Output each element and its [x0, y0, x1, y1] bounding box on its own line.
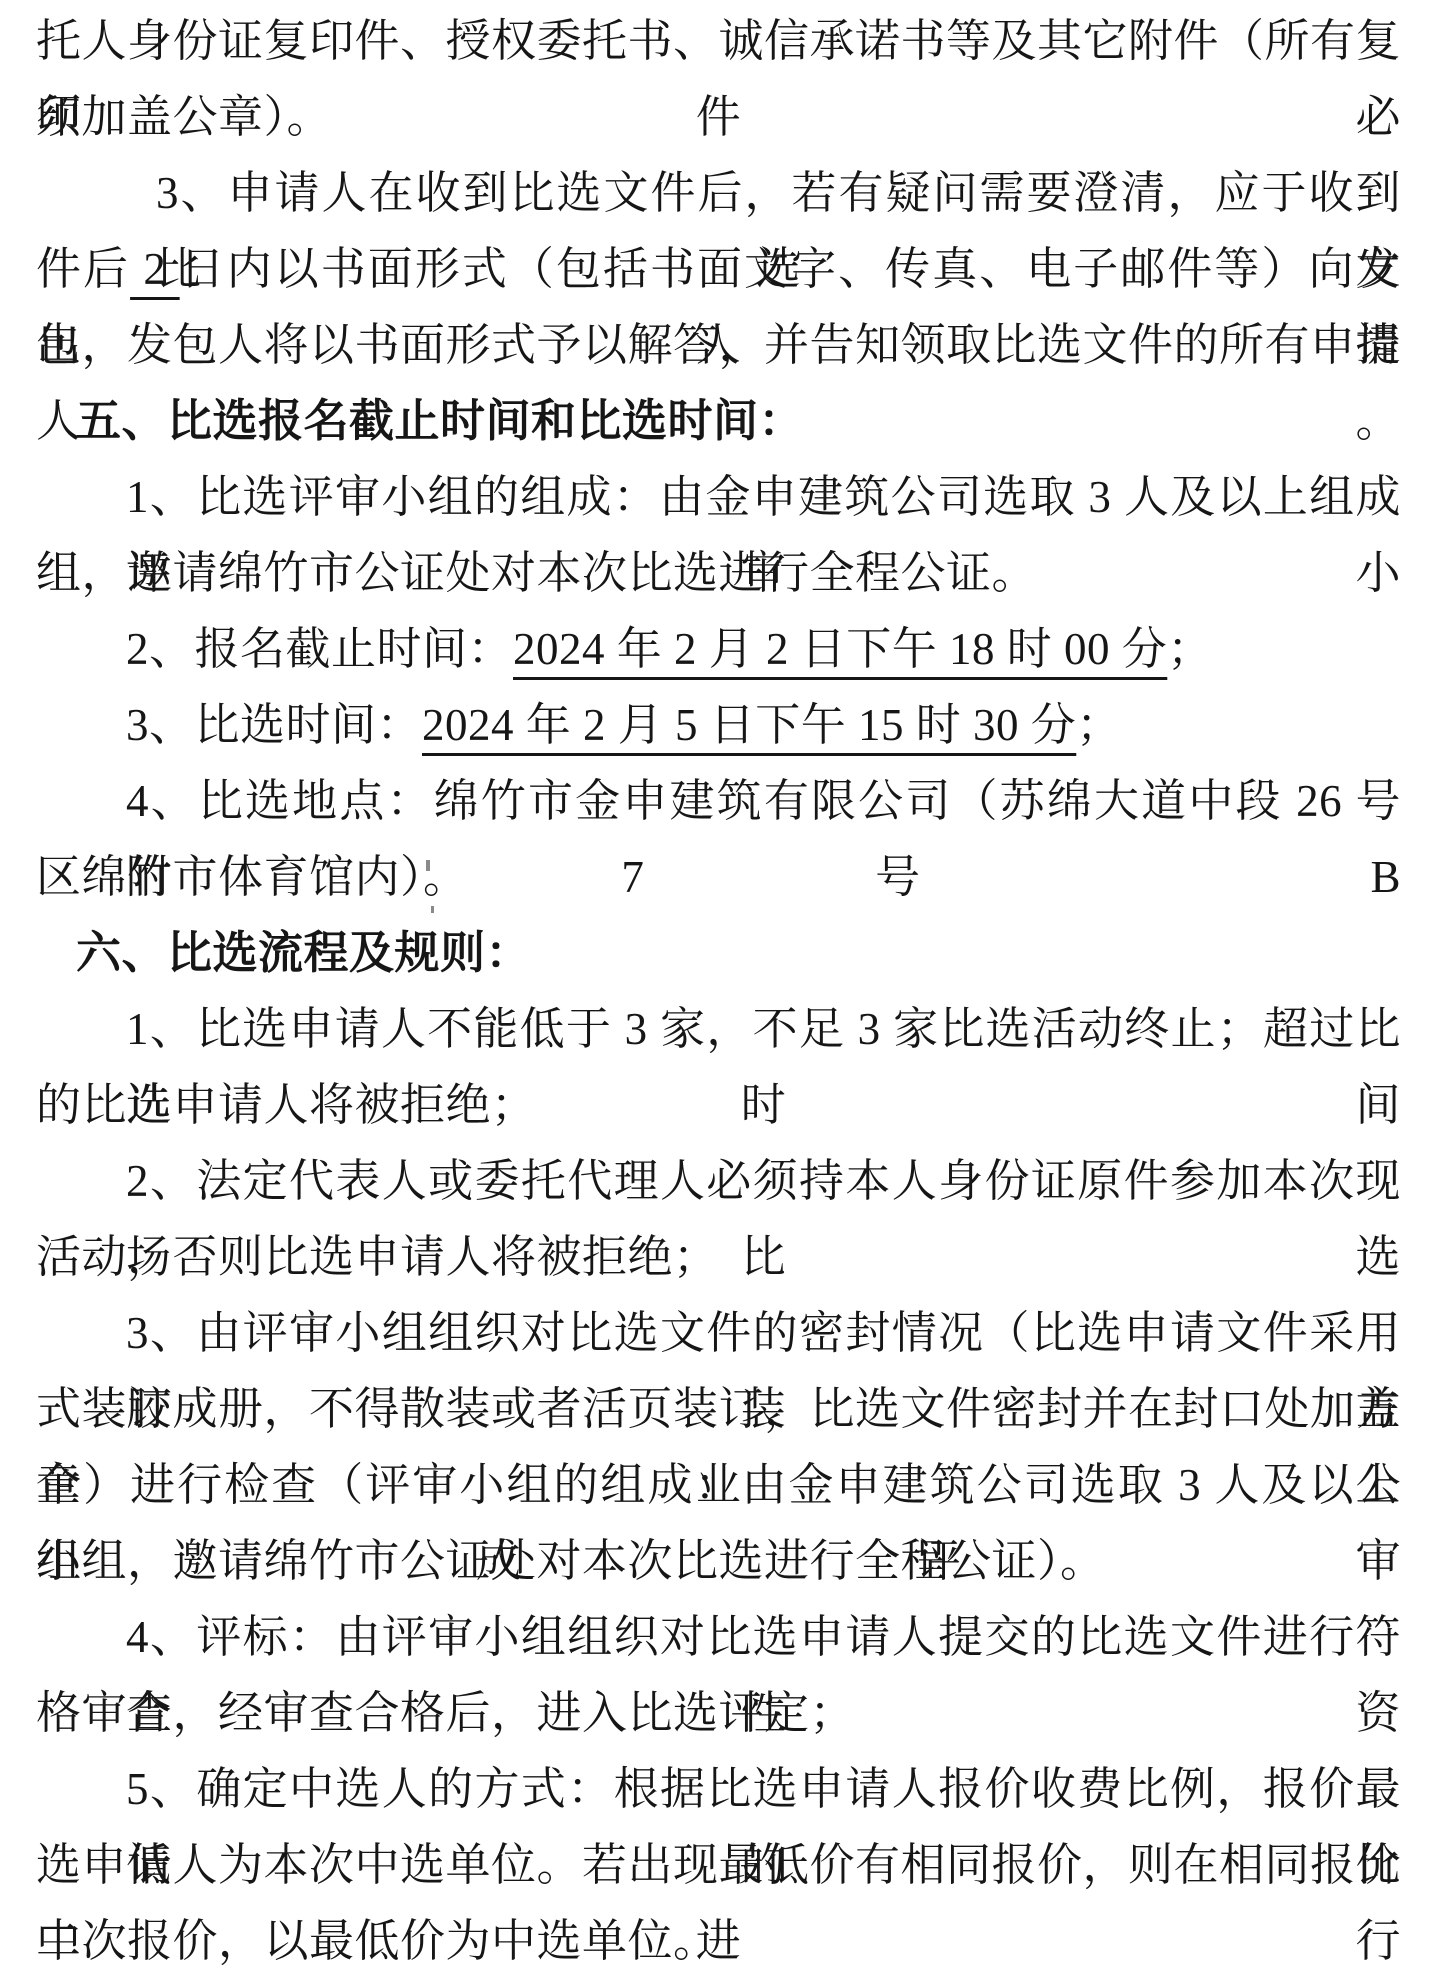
- text-line: 5、确定中选人的方式：根据比选申请人报价收费比例，报价最低的比: [0, 1751, 1435, 1827]
- underlined-value: 2024 年 2 月 2 日下午 18 时 00 分: [513, 624, 1167, 674]
- underlined-value: 2: [130, 244, 180, 294]
- text-segment: 的比选申请人将被拒绝；: [36, 1080, 537, 1130]
- text-line: 4、比选地点：绵竹市金申建筑有限公司（苏绵大道中段 26 号附 7 号 B: [0, 763, 1435, 839]
- text-line: 2、法定代表人或委托代理人必须持本人身份证原件参加本次现场比选: [0, 1143, 1435, 1219]
- text-line: 式装订成册，不得散装或者活页装订，比选文件密封并在封口处加盖企业公: [0, 1371, 1435, 1447]
- text-segment: 2、报名截止时间：: [126, 624, 513, 674]
- text-line: 3、申请人在收到比选文件后，若有疑问需要澄清，应于收到比选文: [0, 155, 1435, 231]
- text-line: 1、比选评审小组的组成：由金申建筑公司选取 3 人及以上组成评审小: [0, 459, 1435, 535]
- text-segment: 格审查，经审查合格后，进入比选评定；: [36, 1688, 855, 1738]
- document-text: 托人身份证复印件、授权委托书、诚信承诺书等及其它附件（所有复印件必须加盖公章）。…: [0, 3, 1435, 1979]
- text-segment: 二次报价，以最低价为中选单位。: [36, 1916, 719, 1966]
- text-segment: 区绵竹市体育馆内）。: [36, 852, 469, 902]
- text-line: 章）进行检查（评审小组的组成：由金申建筑公司选取 3 人及以上组成评审: [0, 1447, 1435, 1523]
- text-line: 托人身份证复印件、授权委托书、诚信承诺书等及其它附件（所有复印件必: [0, 3, 1435, 79]
- text-line: 4、评标：由评审小组组织对比选申请人提交的比选文件进行符合性资: [0, 1599, 1435, 1675]
- scan-artifact: [431, 906, 434, 913]
- text-line: 2、报名截止时间：2024 年 2 月 2 日下午 18 时 00 分；: [0, 611, 1435, 687]
- text-line: 3、比选时间：2024 年 2 月 5 日下午 15 时 30 分；: [0, 687, 1435, 763]
- text-segment: ；: [1167, 624, 1213, 674]
- text-line: 出，发包人将以书面形式予以解答，并告知领取比选文件的所有申请人。: [0, 307, 1435, 383]
- text-segment: 3、比选时间：: [126, 700, 422, 750]
- document-page: 托人身份证复印件、授权委托书、诚信承诺书等及其它附件（所有复印件必须加盖公章）。…: [0, 0, 1435, 1979]
- text-line: 选申请人为本次中选单位。若出现最低价有相同报价，则在相同报价中进行: [0, 1827, 1435, 1903]
- text-line: 3、由评审小组组织对比选文件的密封情况（比选申请文件采用胶装方: [0, 1295, 1435, 1371]
- text-segment: 件后: [36, 244, 130, 294]
- text-segment: ；: [1076, 700, 1122, 750]
- text-segment: 五、比选报名截止时间和比选时间：: [76, 396, 804, 446]
- section-heading: 六、比选流程及规则：: [0, 915, 1435, 991]
- scan-artifact: [426, 860, 430, 871]
- underlined-value: 2024 年 2 月 5 日下午 15 时 30 分: [422, 700, 1076, 750]
- text-line: 件后 2 日内以书面形式（包括书面文字、传真、电子邮件等）向发包人提: [0, 231, 1435, 307]
- text-line: 1、比选申请人不能低于 3 家，不足 3 家比选活动终止；超过比选时间: [0, 991, 1435, 1067]
- text-segment: 六、比选流程及规则：: [76, 928, 531, 978]
- text-segment: 须加盖公章）。: [36, 92, 332, 142]
- text-segment: 活动，否则比选申请人将被拒绝；: [36, 1232, 719, 1282]
- text-segment: 小组，邀请绵竹市公证处对本次比选进行全程公证）。: [36, 1536, 1106, 1586]
- text-segment: 组，邀请绵竹市公证处对本次比选进行全程公证。: [36, 548, 1037, 598]
